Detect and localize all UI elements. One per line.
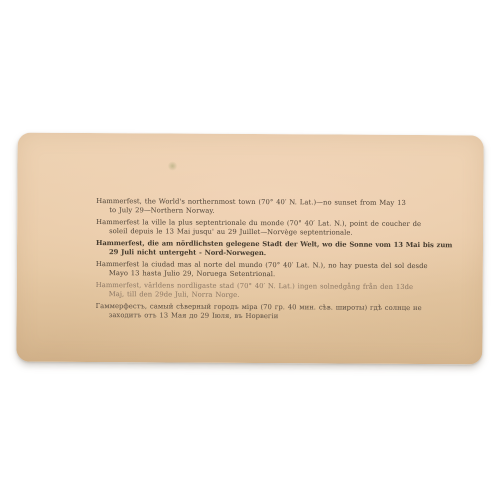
- caption-entry-russian: Гаммерфестъ, самый сѣверный городъ міра …: [96, 302, 431, 322]
- photo-background: Hammerfest, the World's northernmost tow…: [0, 0, 500, 500]
- stereocard-back: Hammerfest, the World's northernmost tow…: [16, 133, 483, 365]
- caption-entry-english: Hammerfest, the World's northernmost tow…: [96, 197, 431, 217]
- caption-entry-spanish: Hammerfest la ciudad mas al norte del mu…: [96, 260, 431, 280]
- caption-block: Hammerfest, the World's northernmost tow…: [96, 197, 432, 325]
- paper-speck: [167, 161, 177, 170]
- caption-entry-french: Hammerfest la ville la plus septentriona…: [96, 218, 431, 238]
- caption-entry-german: Hammerfest, die am nördlichsten gelegene…: [96, 239, 431, 259]
- caption-entry-swedish: Hammerfest, världens nordligaste stad (7…: [96, 281, 431, 301]
